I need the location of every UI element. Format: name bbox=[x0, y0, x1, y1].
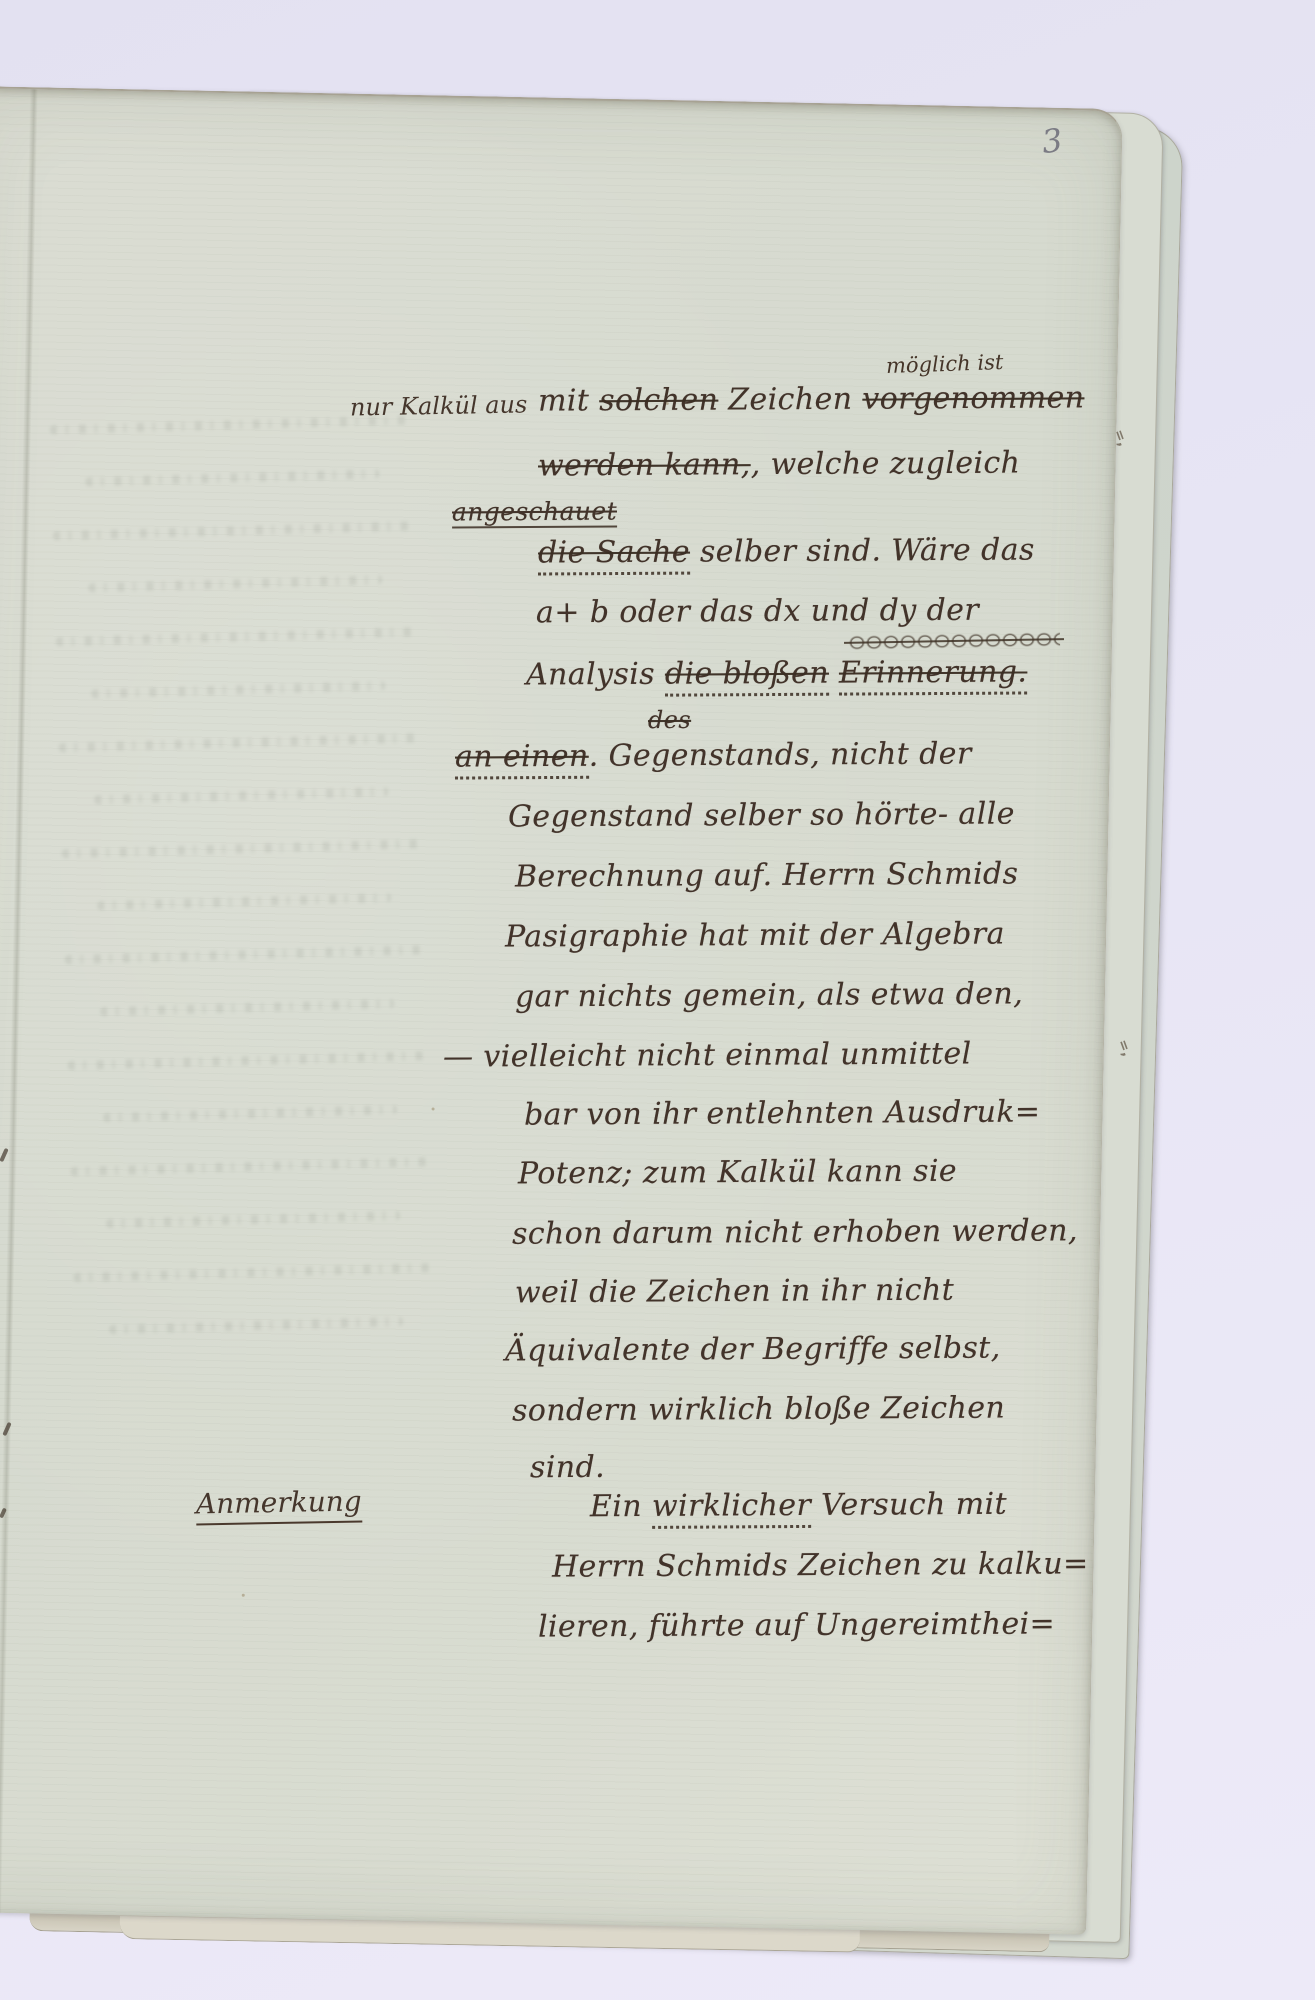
manuscript-line: mit solchen Zeichen vorgenommen bbox=[538, 380, 1085, 418]
manuscript-line: gar nichts gemein, als etwa den, bbox=[515, 976, 1023, 1014]
ink-scribble-deletion bbox=[848, 628, 1060, 654]
handwritten-text-corrected: wirklicher bbox=[652, 1488, 811, 1529]
handwritten-text: Äquivalente der Begriffe selbst, bbox=[505, 1330, 1001, 1368]
handwritten-text bbox=[829, 656, 839, 691]
handwritten-text: a+ b oder das dx und dy der bbox=[536, 593, 979, 631]
manuscript-line: — vielleicht nicht einmal unmittel bbox=[443, 1036, 972, 1074]
manuscript-line: die Sache selber sind. Wäre das bbox=[538, 532, 1035, 570]
manuscript-line: schon darum nicht erhoben werden, bbox=[512, 1213, 1078, 1251]
handwritten-text: sind. bbox=[530, 1450, 605, 1485]
manuscript-line: Gegenstand selber so hörte- alle bbox=[508, 796, 1015, 834]
handwritten-text: bar von ihr entlehnten Ausdruk= bbox=[524, 1094, 1041, 1132]
handwritten-text: weil die Zeichen in ihr nicht bbox=[515, 1273, 954, 1311]
handwritten-text-corrected: werden kann, bbox=[538, 447, 751, 483]
margin-note: nur Kalkül aus bbox=[350, 390, 528, 421]
handwritten-text: Potenz; zum Kalkül kann sie bbox=[518, 1154, 957, 1192]
manuscript-line: werden kann,, welche zugleich bbox=[538, 446, 1021, 484]
manuscript-line: Analysis die bloßen Erinnerung. bbox=[526, 654, 1028, 692]
manuscript-line: sind. bbox=[530, 1450, 605, 1485]
handwritten-text-corrected: angeschauet bbox=[452, 496, 617, 528]
handwritten-text: Ein bbox=[590, 1489, 652, 1524]
manuscript-line: Potenz; zum Kalkül kann sie bbox=[518, 1154, 957, 1192]
page-number: 3 bbox=[1040, 121, 1065, 161]
handwritten-text: Pasigraphie hat mit der Algebra bbox=[505, 916, 1005, 954]
handwritten-text: mit bbox=[538, 383, 599, 418]
handwritten-text: Analysis bbox=[526, 657, 665, 693]
handwritten-text: , welche zugleich bbox=[751, 446, 1021, 483]
handwritten-text: Herrn Schmids Zeichen zu kalku= bbox=[552, 1546, 1089, 1584]
handwritten-text: — vielleicht nicht einmal unmittel bbox=[443, 1036, 972, 1074]
handwritten-text-corrected: des bbox=[648, 706, 691, 734]
handwritten-text: . Gegenstands, nicht der bbox=[589, 736, 972, 773]
handwritten-text: Zeichen bbox=[718, 382, 862, 418]
manuscript-line: angeschauet bbox=[452, 496, 617, 526]
handwritten-text-corrected: Erinnerung. bbox=[839, 654, 1028, 695]
manuscript-line: lieren, führte auf Ungereimthei= bbox=[538, 1606, 1055, 1644]
handwritten-text: gar nichts gemein, als etwa den, bbox=[515, 976, 1023, 1014]
manuscript-line: Herrn Schmids Zeichen zu kalku= bbox=[552, 1546, 1089, 1584]
handwritten-text: Versuch mit bbox=[811, 1487, 1007, 1523]
handwritten-text-corrected: die bloßen bbox=[665, 656, 829, 697]
handwritten-text-corrected: an einen bbox=[455, 739, 589, 780]
handwriting-layer: 3 mit solchen Zeichen vorgenommenwerden … bbox=[0, 0, 1315, 2000]
handwritten-text: schon darum nicht erhoben werden, bbox=[512, 1213, 1078, 1251]
manuscript-line: Pasigraphie hat mit der Algebra bbox=[505, 916, 1005, 954]
handwritten-text-corrected: die Sache bbox=[538, 535, 690, 576]
manuscript-line: bar von ihr entlehnten Ausdruk= bbox=[524, 1094, 1041, 1132]
handwritten-text: Gegenstand selber so hörte- alle bbox=[508, 796, 1015, 834]
handwritten-text: lieren, führte auf Ungereimthei= bbox=[538, 1606, 1055, 1644]
handwritten-text-corrected: vorgenommen bbox=[862, 380, 1084, 416]
manuscript-line: weil die Zeichen in ihr nicht bbox=[515, 1273, 954, 1311]
handwritten-text-corrected: solchen bbox=[599, 383, 718, 419]
manuscript-line: des bbox=[648, 706, 691, 734]
manuscript-line: a+ b oder das dx und dy der bbox=[536, 593, 979, 631]
manuscript-line: an einen. Gegenstands, nicht der bbox=[455, 736, 972, 774]
manuscript-line: Berechnung auf. Herrn Schmids bbox=[515, 856, 1019, 894]
handwritten-text: selber sind. Wäre das bbox=[690, 532, 1035, 569]
handwritten-text: sondern wirklich bloße Zeichen bbox=[512, 1390, 1005, 1428]
manuscript-line: Ein wirklicher Versuch mit bbox=[590, 1487, 1007, 1525]
margin-note: Anmerkung bbox=[196, 1485, 362, 1526]
interlinear-insertion: möglich ist bbox=[886, 350, 1004, 378]
manuscript-scan: 3 mit solchen Zeichen vorgenommenwerden … bbox=[0, 0, 1315, 2000]
manuscript-line: sondern wirklich bloße Zeichen bbox=[512, 1390, 1005, 1428]
handwritten-text: Berechnung auf. Herrn Schmids bbox=[515, 856, 1019, 894]
manuscript-line: Äquivalente der Begriffe selbst, bbox=[505, 1330, 1001, 1368]
